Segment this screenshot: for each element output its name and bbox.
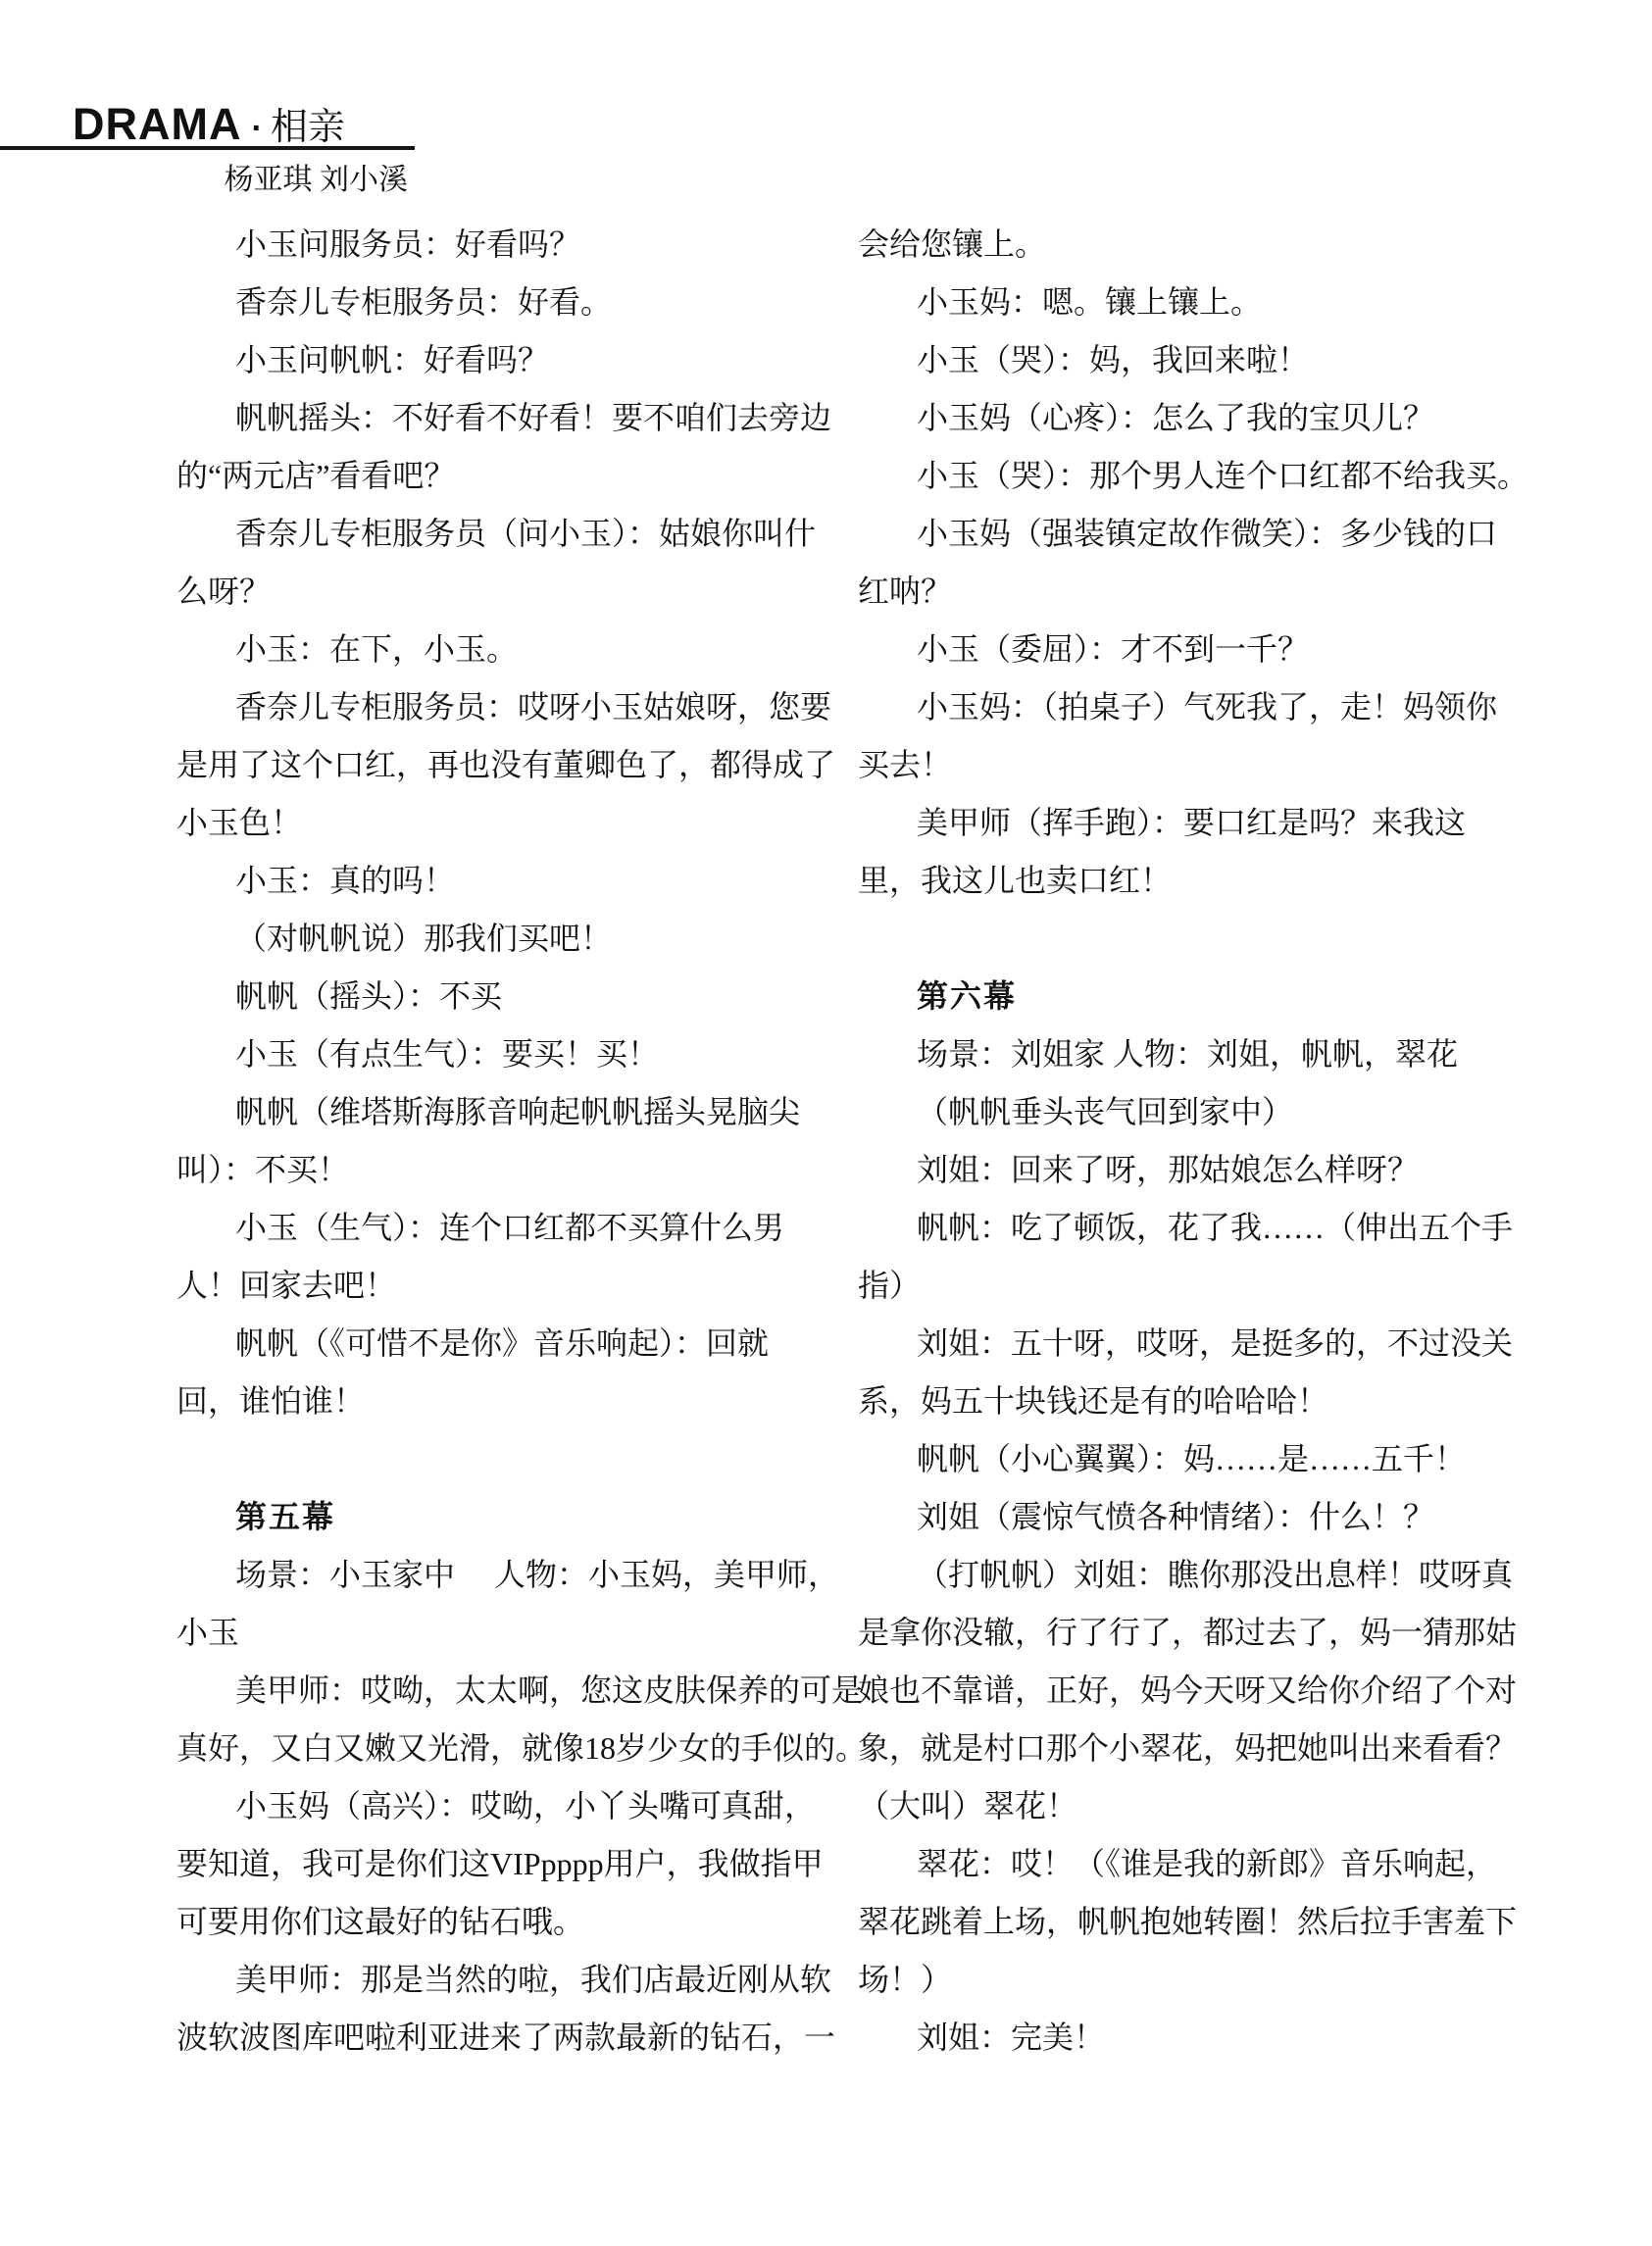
page-header: DRAMA · 相亲 <box>73 96 345 150</box>
script-line: 象，就是村口那个小翠花，妈把她叫出来看看？ <box>858 1720 1505 1777</box>
script-line: 的“两元店”看看吧？ <box>176 447 824 505</box>
script-line: （大叫）翠花！ <box>858 1777 1505 1835</box>
authors: 杨亚琪 刘小溪 <box>0 155 408 198</box>
script-line: 是用了这个口红，再也没有董卿色了，都得成了 <box>176 736 824 794</box>
script-line: 小玉妈（高兴）：哎呦，小丫头嘴可真甜， <box>176 1777 824 1835</box>
script-line: 刘姐：完美！ <box>858 2009 1505 2067</box>
script-line: 小玉妈：嗯。镶上镶上。 <box>858 274 1505 331</box>
script-line: （打帆帆）刘姐：瞧你那没出息样！哎呀真 <box>858 1546 1505 1604</box>
script-page: DRAMA · 相亲 杨亚琪 刘小溪 小玉问服务员：好看吗？香奈儿专柜服务员：好… <box>0 0 1652 2246</box>
script-line: 小玉（哭）：那个男人连个口红都不给我买。 <box>858 447 1505 505</box>
script-line: 翠花跳着上场，帆帆抱她转圈！然后拉手害羞下 <box>858 1893 1505 1951</box>
script-line: 小玉：在下，小玉。 <box>176 621 824 678</box>
script-line: 刘姐：五十呀，哎呀，是挺多的，不过没关 <box>858 1315 1505 1373</box>
script-line: 香奈儿专柜服务员：好看。 <box>176 274 824 331</box>
script-line: 帆帆（《可惜不是你》音乐响起）：回就 <box>176 1315 824 1373</box>
script-line: （对帆帆说）那我们买吧！ <box>176 910 824 968</box>
script-line: 小玉 <box>176 1604 824 1662</box>
script-line: 小玉妈（强装镇定故作微笑）：多少钱的口 <box>858 505 1505 563</box>
script-line: 买去！ <box>858 736 1505 794</box>
script-line: 要知道，我可是你们这VIPpppp用户，我做指甲 <box>176 1835 824 1893</box>
script-line: 会给您镶上。 <box>858 216 1505 274</box>
act-heading: 第五幕 <box>176 1488 824 1546</box>
script-line: 场景：刘姐家 人物：刘姐，帆帆，翠花 <box>858 1025 1505 1083</box>
magazine-title: DRAMA <box>73 99 241 150</box>
script-line: 香奈儿专柜服务员（问小玉）：姑娘你叫什 <box>176 505 824 563</box>
script-line: 么呀？ <box>176 563 824 621</box>
script-line: 美甲师：那是当然的啦，我们店最近刚从软 <box>176 1951 824 2009</box>
script-line: 可要用你们这最好的钻石哦。 <box>176 1893 824 1951</box>
script-line: 小玉（哭）：妈，我回来啦！ <box>858 331 1505 389</box>
script-line: 帆帆：吃了顿饭，花了我……（伸出五个手 <box>858 1199 1505 1257</box>
script-line: 里，我这儿也卖口红！ <box>858 852 1505 910</box>
blank-line <box>858 910 1505 968</box>
script-line: 小玉妈：（拍桌子）气死我了，走！妈领你 <box>858 678 1505 736</box>
script-line: 小玉：真的吗！ <box>176 852 824 910</box>
script-line: 帆帆摇头：不好看不好看！要不咱们去旁边 <box>176 389 824 447</box>
act-heading: 第六幕 <box>858 968 1505 1025</box>
script-line: 刘姐（震惊气愤各种情绪）：什么！？ <box>858 1488 1505 1546</box>
script-line: 小玉（有点生气）：要买！买！ <box>176 1025 824 1083</box>
script-line: 帆帆（维塔斯海豚音响起帆帆摇头晃脑尖 <box>176 1083 824 1141</box>
script-line: 场！） <box>858 1951 1505 2009</box>
script-line: 红呐？ <box>858 563 1505 621</box>
script-line: 小玉色！ <box>176 794 824 852</box>
script-line: 小玉（生气）：连个口红都不买算什么男 <box>176 1199 824 1257</box>
script-line: 美甲师（挥手跑）：要口红是吗？来我这 <box>858 794 1505 852</box>
script-line: 美甲师：哎呦，太太啊，您这皮肤保养的可是 <box>176 1662 824 1720</box>
script-line: 回，谁怕谁！ <box>176 1373 824 1430</box>
script-line: 场景：小玉家中 人物：小玉妈，美甲师， <box>176 1546 824 1604</box>
title-separator-dot: · <box>251 110 262 148</box>
script-line: 叫）：不买！ <box>176 1141 824 1199</box>
right-column: 会给您镶上。小玉妈：嗯。镶上镶上。小玉（哭）：妈，我回来啦！小玉妈（心疼）：怎么… <box>858 216 1505 2067</box>
script-line: 小玉妈（心疼）：怎么了我的宝贝儿？ <box>858 389 1505 447</box>
script-line: 娘也不靠谱，正好，妈今天呀又给你介绍了个对 <box>858 1662 1505 1720</box>
script-line: 小玉（委屈）：才不到一千？ <box>858 621 1505 678</box>
script-line: 翠花：哎！（《谁是我的新郎》音乐响起， <box>858 1835 1505 1893</box>
script-line: 指） <box>858 1257 1505 1315</box>
script-line: 帆帆（摇头）：不买 <box>176 968 824 1025</box>
script-line: （帆帆垂头丧气回到家中） <box>858 1083 1505 1141</box>
script-line: 真好，又白又嫩又光滑，就像18岁少女的手似的。 <box>176 1720 824 1777</box>
script-line: 波软波图库吧啦利亚进来了两款最新的钻石，一 <box>176 2009 824 2067</box>
script-line: 刘姐：回来了呀，那姑娘怎么样呀？ <box>858 1141 1505 1199</box>
section-title: 相亲 <box>271 96 345 150</box>
script-line: 帆帆（小心翼翼）：妈……是……五千！ <box>858 1430 1505 1488</box>
script-line: 香奈儿专柜服务员：哎呀小玉姑娘呀，您要 <box>176 678 824 736</box>
blank-line <box>176 1430 824 1488</box>
script-line: 小玉问服务员：好看吗？ <box>176 216 824 274</box>
script-line: 系，妈五十块钱还是有的哈哈哈！ <box>858 1373 1505 1430</box>
left-column: 小玉问服务员：好看吗？香奈儿专柜服务员：好看。小玉问帆帆：好看吗？帆帆摇头：不好… <box>176 216 824 2067</box>
script-line: 是拿你没辙，行了行了，都过去了，妈一猜那姑 <box>858 1604 1505 1662</box>
script-line: 小玉问帆帆：好看吗？ <box>176 331 824 389</box>
header-rule <box>0 146 415 150</box>
script-line: 人！回家去吧！ <box>176 1257 824 1315</box>
